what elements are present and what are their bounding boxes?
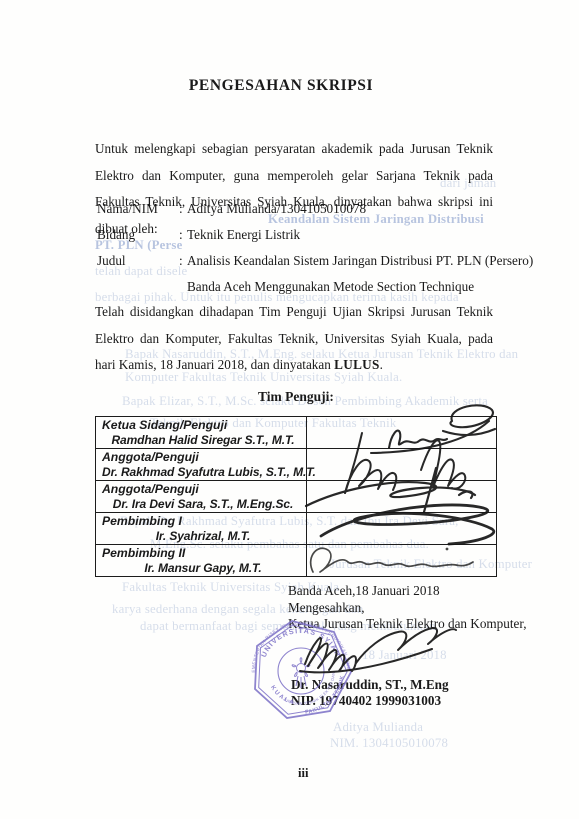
ghost-line: 18 Januari 2018 xyxy=(362,648,447,663)
examiner-name: Ir. Syahrizal, M.T. xyxy=(102,529,304,544)
thesis-fields: Nama/NIM:Aditya Mulianda/1304105010078 B… xyxy=(97,196,497,300)
mengesahkan-line: Mengesahkan, xyxy=(288,600,527,617)
signature-cell xyxy=(307,481,496,512)
field-row-bidang: Bidang:Teknik Energi Listrik xyxy=(97,222,497,248)
field-colon: : xyxy=(179,196,187,222)
signatures-and-stamp-layer: UNIVERSITAS SYIAH KUALA KEMENTERIAN RISE… xyxy=(0,0,579,819)
committee-row: Pembimbing II Ir. Mansur Gapy, M.T. xyxy=(96,544,496,576)
field-value: Teknik Energi Listrik xyxy=(187,227,300,242)
committee-row: Ketua Sidang/Penguji Ramdhan Halid Sireg… xyxy=(96,417,496,448)
role-label: Pembimbing I xyxy=(102,514,304,529)
field-colon: : xyxy=(179,248,187,274)
signature-cell xyxy=(307,449,496,480)
committee-cell: Ketua Sidang/Penguji Ramdhan Halid Sireg… xyxy=(96,417,307,448)
field-row-nama: Nama/NIM:Aditya Mulianda/1304105010078 xyxy=(97,196,497,222)
tim-penguji-heading: Tim Penguji: xyxy=(95,389,497,405)
lulus-text: LULUS xyxy=(334,357,379,372)
committee-row: Anggota/Penguji Dr. Ira Devi Sara, S.T.,… xyxy=(96,480,496,512)
field-label: Judul xyxy=(97,248,179,274)
signature-cell xyxy=(307,545,496,576)
signer-nip: NIP. 19740402 1999031003 xyxy=(291,693,449,709)
place-date: Banda Aceh,18 Januari 2018 xyxy=(288,583,527,600)
committee-cell: Pembimbing II Ir. Mansur Gapy, M.T. xyxy=(96,545,307,576)
committee-row: Pembimbing I Ir. Syahrizal, M.T. xyxy=(96,512,496,544)
ghost-line: Aditya Mulianda xyxy=(333,720,423,735)
ghost-line: NIM. 1304105010078 xyxy=(330,736,448,751)
examiner-name: Dr. Ira Devi Sara, S.T., M.Eng.Sc. xyxy=(102,497,304,512)
field-row-judul: Judul:Analisis Keandalan Sistem Jaringan… xyxy=(97,248,497,274)
page-title: PENGESAHAN SKRIPSI xyxy=(95,77,467,95)
page-number: iii xyxy=(298,766,308,781)
ketua-jurusan-line: Ketua Jurusan Teknik Elektro dan Kompute… xyxy=(288,616,527,633)
committee-table: Ketua Sidang/Penguji Ramdhan Halid Sireg… xyxy=(95,416,497,577)
field-value-continuation: Banda Aceh Menggunakan Metode Section Te… xyxy=(187,274,497,300)
field-value: Analisis Keandalan Sistem Jaringan Distr… xyxy=(187,253,533,268)
committee-cell: Anggota/Penguji Dr. Ira Devi Sara, S.T.,… xyxy=(96,481,307,512)
committee-cell: Pembimbing I Ir. Syahrizal, M.T. xyxy=(96,513,307,544)
committee-cell: Anggota/Penguji Dr. Rakhmad Syafutra Lub… xyxy=(96,449,307,480)
field-label: Bidang xyxy=(97,222,179,248)
role-label: Pembimbing II xyxy=(102,546,304,561)
field-colon: : xyxy=(179,222,187,248)
closing-block: Banda Aceh,18 Januari 2018 Mengesahkan, … xyxy=(288,583,527,633)
statement-text: Telah disidangkan dihadapan Tim Penguji … xyxy=(95,304,493,372)
role-label: Anggota/Penguji xyxy=(102,450,304,465)
examiner-name: Dr. Rakhmad Syafutra Lubis, S.T., M.T. xyxy=(102,465,304,480)
role-label: Anggota/Penguji xyxy=(102,482,304,497)
field-label: Nama/NIM xyxy=(97,196,179,222)
role-label: Ketua Sidang/Penguji xyxy=(102,418,304,433)
statement-paragraph: Telah disidangkan dihadapan Tim Penguji … xyxy=(95,299,493,379)
statement-period: . xyxy=(380,357,383,372)
scanned-document-page: dari jaman Keandalan Sistem Jaringan Dis… xyxy=(0,0,579,819)
committee-row: Anggota/Penguji Dr. Rakhmad Syafutra Lub… xyxy=(96,448,496,480)
signer-identity: Dr. Nasaruddin, ST., M.Eng NIP. 19740402… xyxy=(291,677,449,709)
signature-cell xyxy=(307,513,496,544)
signer-name: Dr. Nasaruddin, ST., M.Eng xyxy=(291,677,449,693)
examiner-name: Ir. Mansur Gapy, M.T. xyxy=(102,561,304,576)
signature-cell xyxy=(307,417,496,448)
field-value: Aditya Mulianda/1304105010078 xyxy=(187,201,366,216)
examiner-name: Ramdhan Halid Siregar S.T., M.T. xyxy=(102,433,304,448)
